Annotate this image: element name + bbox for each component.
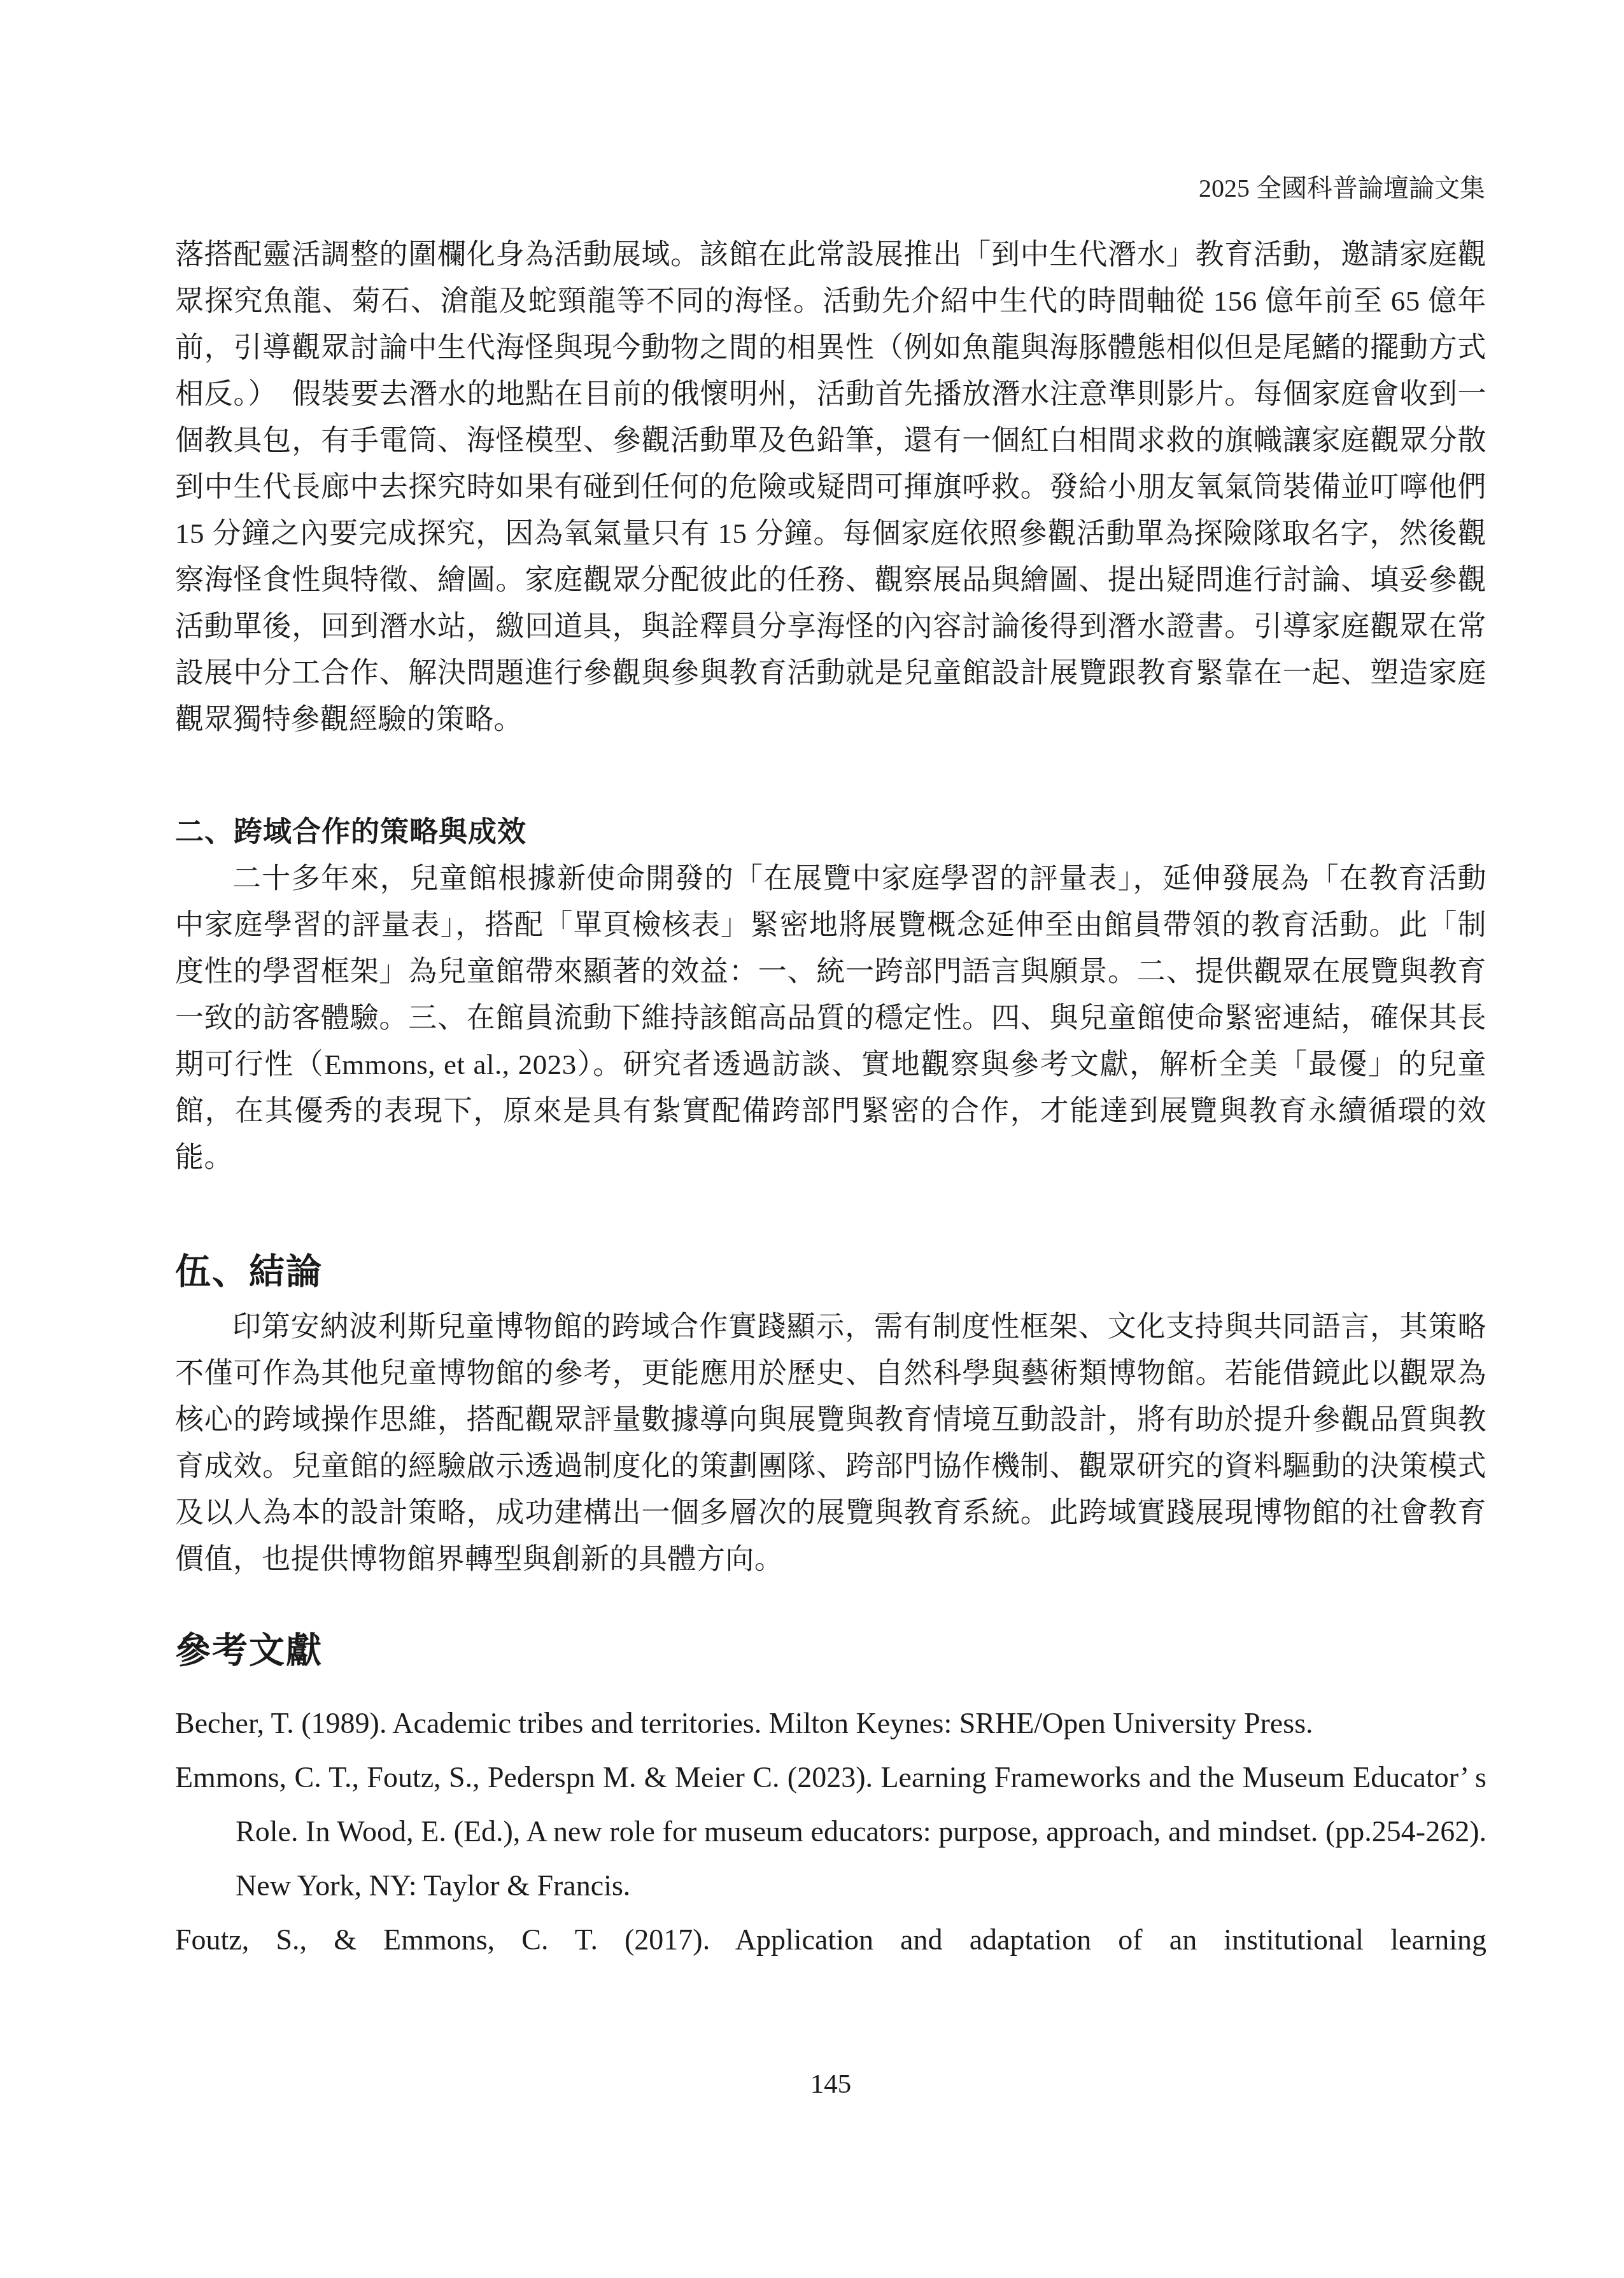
reference-item-becher-1989: Becher, T. (1989). Academic tribes and t… [175,1696,1486,1750]
page-number: 145 [175,2068,1486,2101]
heading-cross-domain-strategy: 二、跨域合作的策略與成效 [175,809,1486,856]
paragraph-assessment-frameworks: 二十多年來，兒童館根據新使命開發的「在展覽中家庭學習的評量表」，延伸發展為「在教… [175,856,1486,1181]
reference-list: Becher, T. (1989). Academic tribes and t… [175,1696,1486,1967]
heading-references: 參考文獻 [175,1624,1486,1678]
paragraph-mesozoic-diving-activity: 落搭配靈活調整的圍欄化身為活動展域。該館在此常設展推出「到中生代潛水」教育活動，… [175,232,1486,743]
running-header: 2025 全國科普論壇論文集 [1199,173,1485,204]
paragraph-conclusion: 印第安納波利斯兒童博物館的跨域合作實踐顯示，需有制度性框架、文化支持與共同語言，… [175,1304,1486,1583]
page-content: 落搭配靈活調整的圍欄化身為活動展域。該館在此常設展推出「到中生代潛水」教育活動，… [175,232,1486,1967]
heading-conclusion: 伍、結論 [175,1245,1486,1299]
reference-item-foutz-2017: Foutz, S., & Emmons, C. T. (2017). Appli… [175,1913,1486,1967]
reference-item-emmons-2023: Emmons, C. T., Foutz, S., Pederspn M. & … [175,1750,1486,1913]
document-page: 2025 全國科普論壇論文集 落搭配靈活調整的圍欄化身為活動展域。該館在此常設展… [0,0,1624,2278]
